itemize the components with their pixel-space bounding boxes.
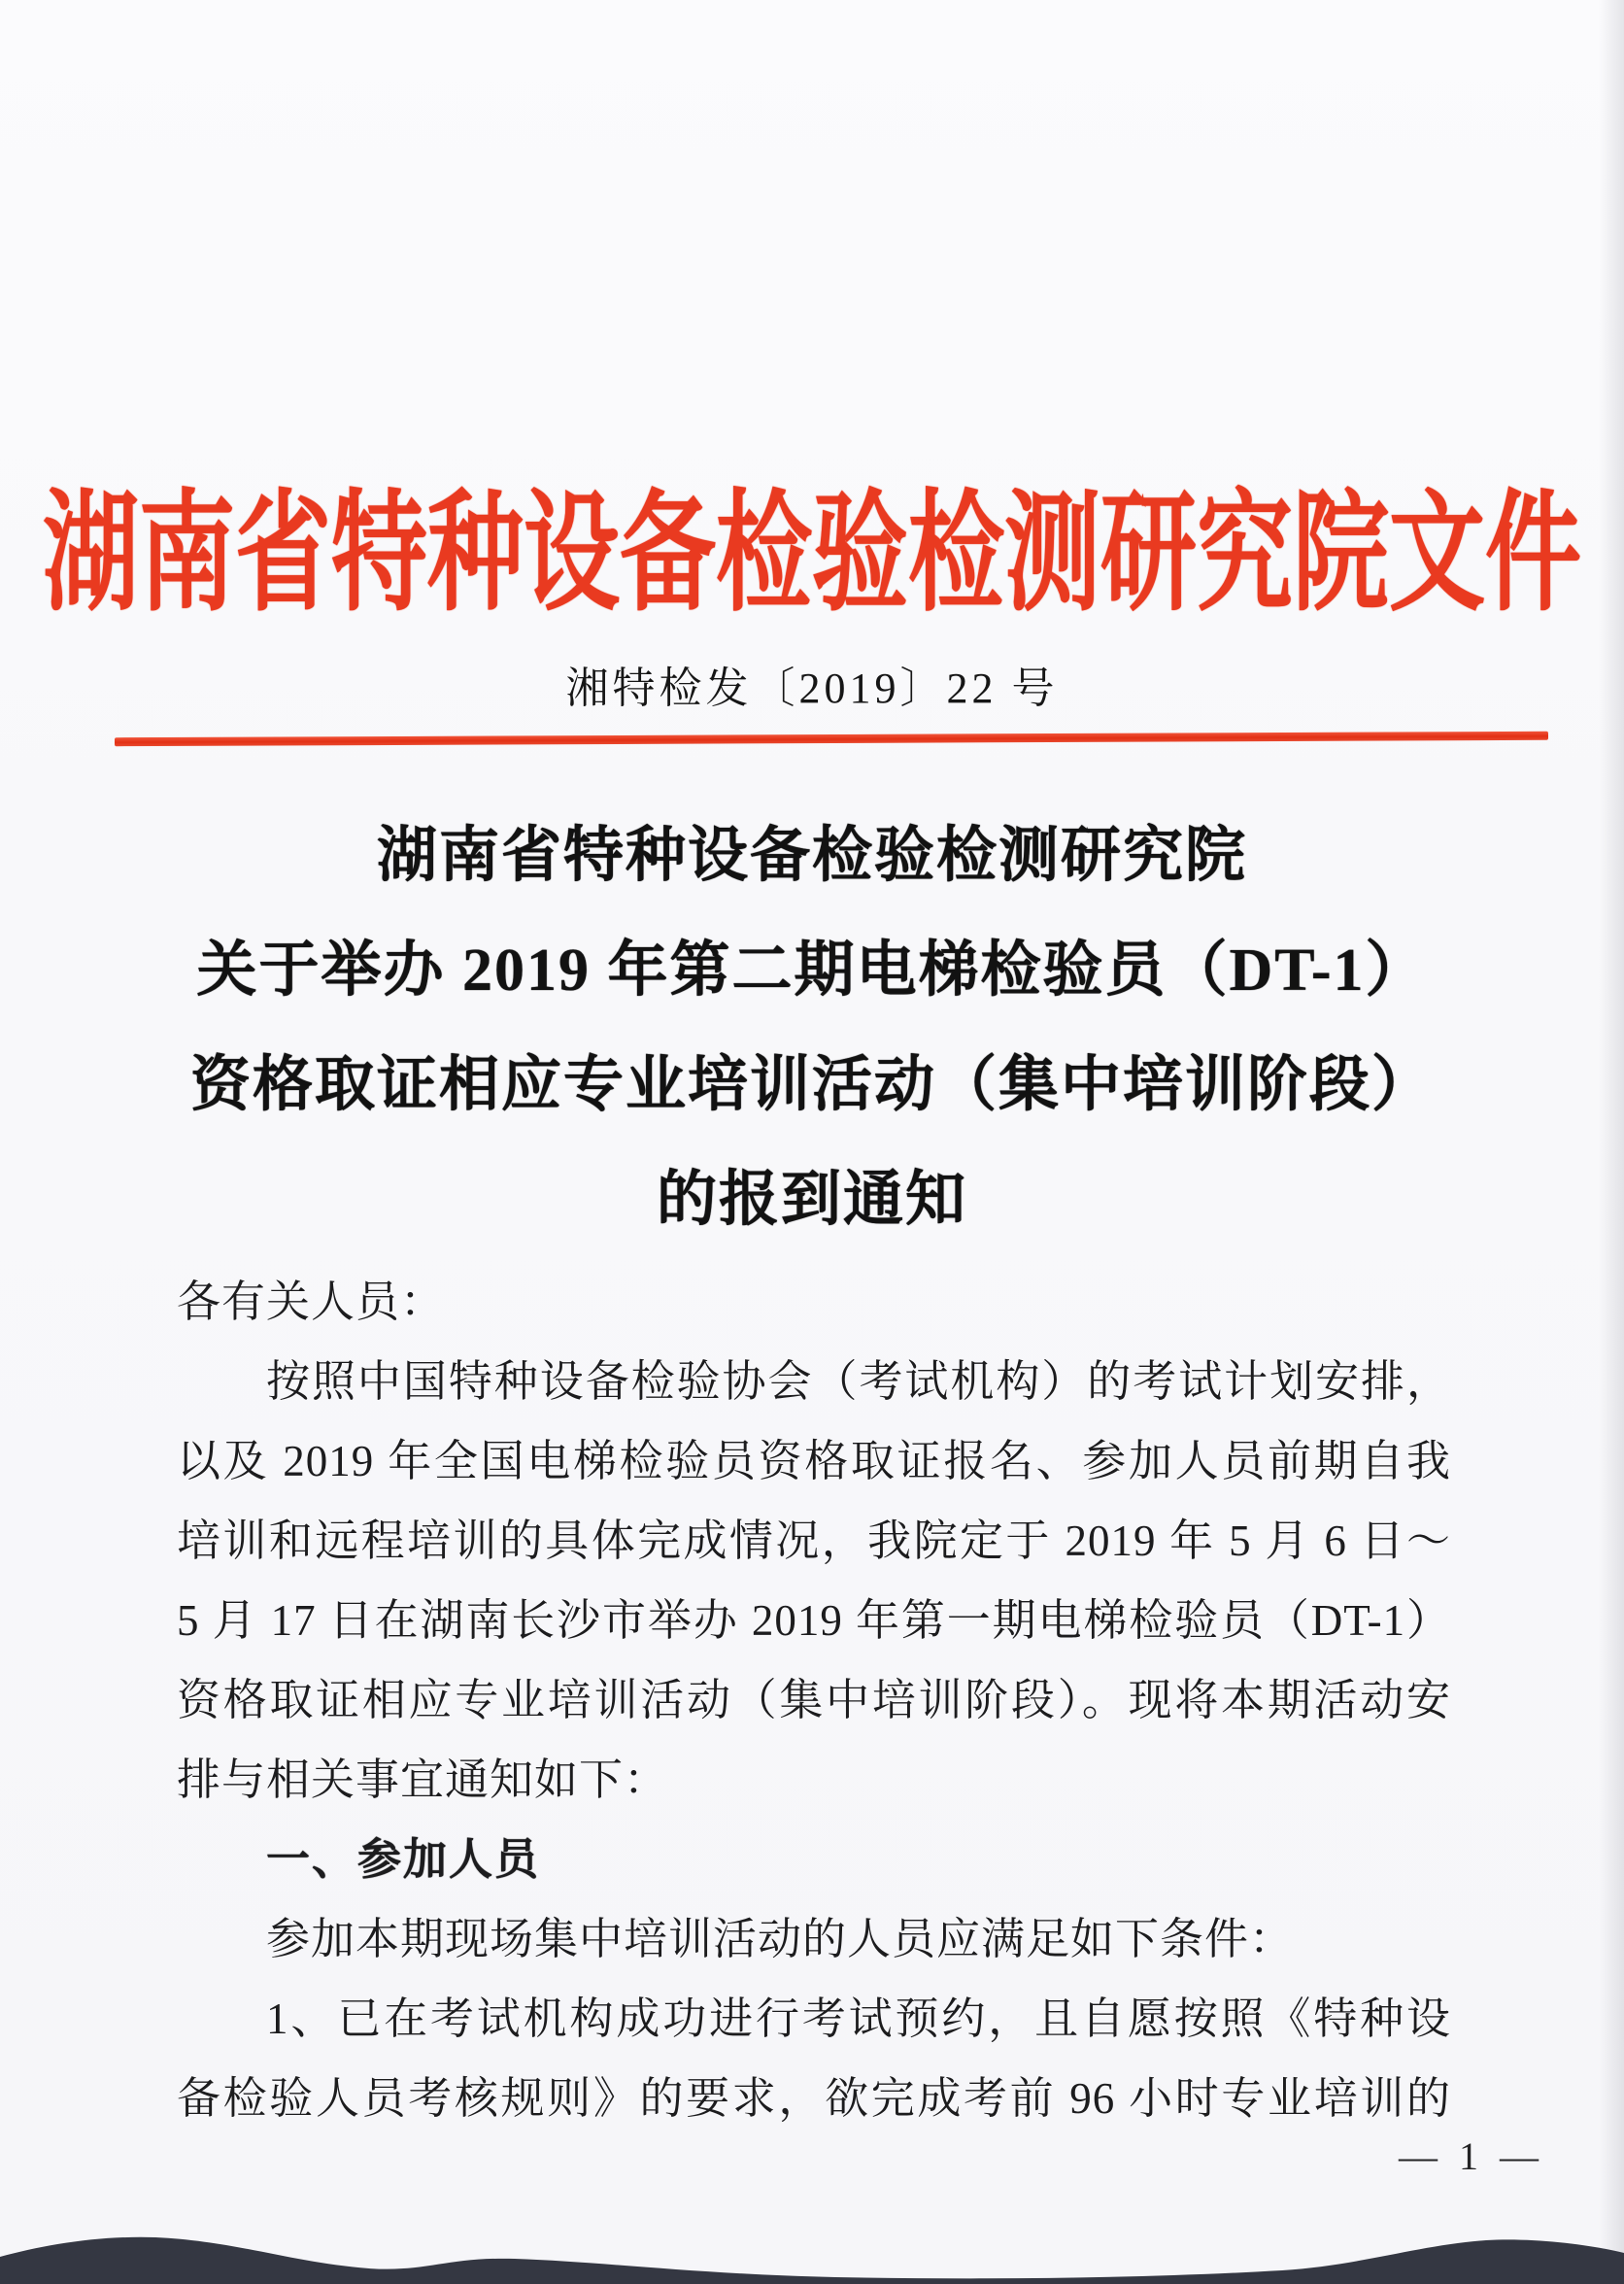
scan-bottom-edge <box>0 2216 1624 2284</box>
section-heading: 一、参加人员 <box>177 1820 1451 1899</box>
body-line: 资格取证相应专业培训活动（集中培训阶段）。现将本期活动安 <box>177 1660 1451 1740</box>
body-line: 按照中国特种设备检验协会（考试机构）的考试计划安排， <box>177 1342 1451 1421</box>
body-line: 培训和远程培训的具体完成情况，我院定于 2019 年 5 月 6 日～ <box>177 1501 1451 1581</box>
body-line: 备检验人员考核规则》的要求，欲完成考前 96 小时专业培训的 <box>177 2059 1451 2138</box>
document-body: 各有关人员： 按照中国特种设备检验协会（考试机构）的考试计划安排， 以及 201… <box>177 1262 1451 2138</box>
document-title-line: 关于举办 2019 年第二期电梯检验员（DT-1） <box>0 913 1624 1028</box>
letterhead-org-title: 湖南省特种设备检验检测研究院文件 <box>0 449 1624 636</box>
body-line: 1、已在考试机构成功进行考试预约，且自愿按照《特种设 <box>177 1979 1451 2059</box>
scanned-document-page: 湖南省特种设备检验检测研究院文件 湘特检发〔2019〕22 号 湖南省特种设备检… <box>0 0 1624 2284</box>
body-line: 参加本期现场集中培训活动的人员应满足如下条件： <box>177 1899 1451 1979</box>
document-title-line: 资格取证相应专业培训活动（集中培训阶段） <box>0 1028 1624 1142</box>
red-separator-rule <box>115 732 1548 746</box>
page-number: — 1 — <box>1399 2133 1544 2179</box>
document-title-line: 湖南省特种设备检验检测研究院 <box>0 799 1624 913</box>
document-title: 湖南省特种设备检验检测研究院 关于举办 2019 年第二期电梯检验员（DT-1）… <box>0 799 1624 1257</box>
body-line: 以及 2019 年全国电梯检验员资格取证报名、参加人员前期自我 <box>177 1421 1451 1501</box>
document-reference-number: 湘特检发〔2019〕22 号 <box>0 653 1624 715</box>
body-line: 排与相关事宜通知如下： <box>177 1740 1451 1820</box>
body-line: 5 月 17 日在湖南长沙市举办 2019 年第一期电梯检验员（DT-1） <box>177 1581 1451 1660</box>
scan-edge-shading <box>1599 0 1624 2284</box>
document-title-line: 的报到通知 <box>0 1142 1624 1257</box>
salutation: 各有关人员： <box>177 1262 1451 1342</box>
